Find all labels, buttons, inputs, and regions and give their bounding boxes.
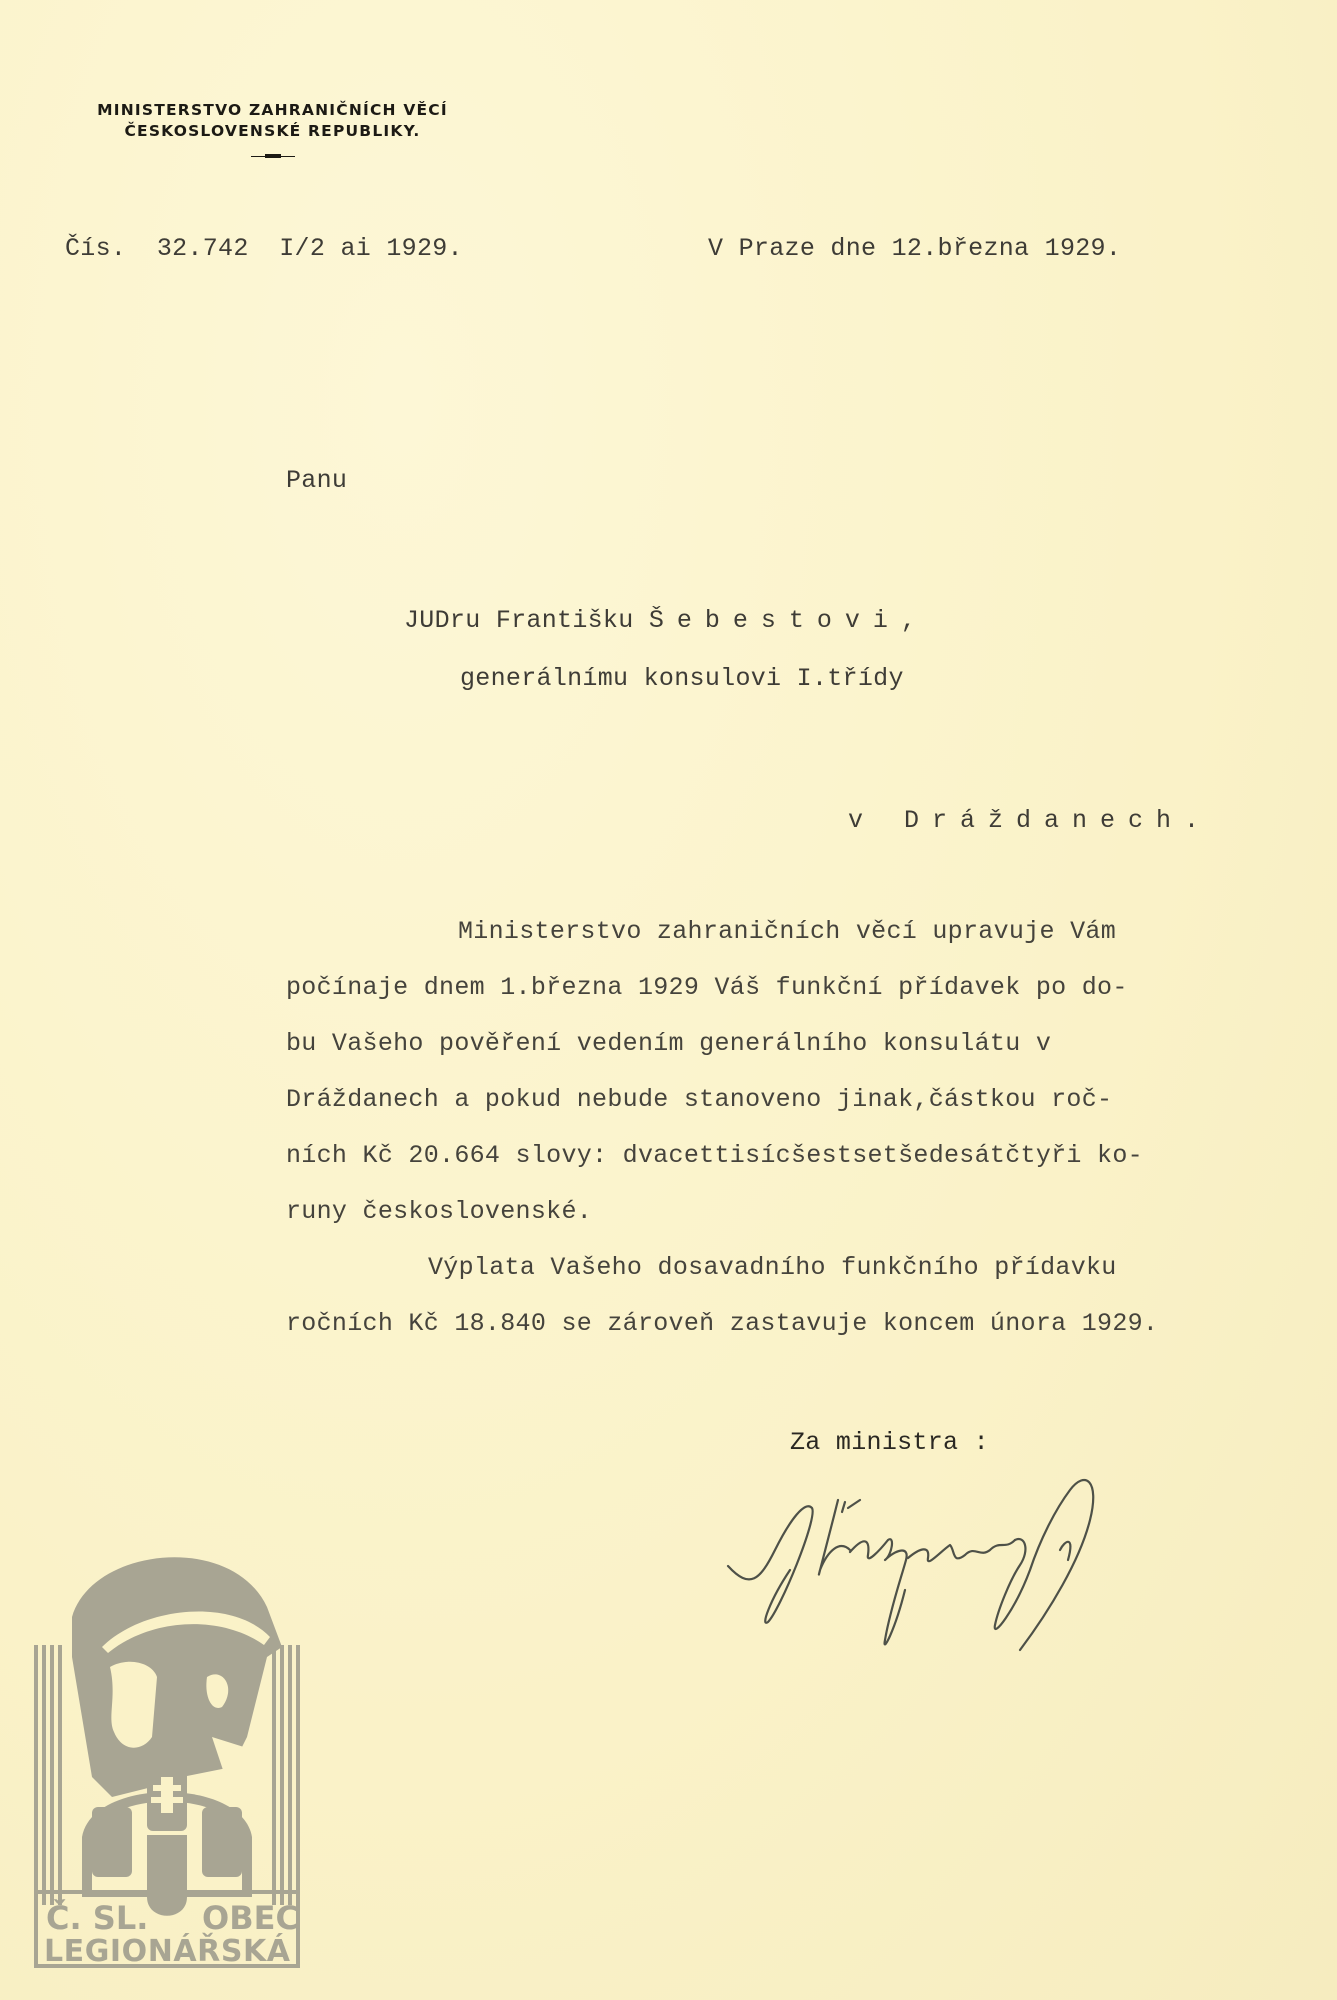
addressee-title: generálnímu konsulovi I.třídy xyxy=(460,664,904,693)
body-line: bu Vašeho pověření vedením generálního k… xyxy=(286,1016,1292,1072)
salutation: Panu xyxy=(286,466,347,495)
name-comma: , xyxy=(901,606,916,635)
body-line: runy československé. xyxy=(286,1184,1292,1240)
handwritten-signature-icon xyxy=(720,1440,1180,1680)
letterhead-line-1: MINISTERSTVO ZAHRANIČNÍCH VĚCÍ xyxy=(60,100,485,121)
name-surname: Šebestovi xyxy=(649,606,901,635)
reference-number: Čís. 32.742 I/2 ai 1929. xyxy=(65,234,463,263)
body-line: Dráždanech a pokud nebude stanoveno jina… xyxy=(286,1072,1292,1128)
body-line: ních Kč 20.664 slovy: dvacettisícšestset… xyxy=(286,1128,1292,1184)
letter-body: Ministerstvo zahraničních věcí upravuje … xyxy=(292,904,1292,1352)
addressee-location: v Dráždanech. xyxy=(848,806,1212,835)
letterhead-divider xyxy=(60,154,485,158)
stamp-text-left: Č. SL. xyxy=(46,1898,148,1937)
legionnaire-emblem-icon: Č. SL. OBEC LEGIONÁŘSKÁ xyxy=(32,1537,302,1969)
addressee-name: JUDru Františku Šebestovi, xyxy=(404,606,916,635)
body-line: ročních Kč 18.840 se zároveň zastavuje k… xyxy=(286,1296,1292,1352)
letterhead: MINISTERSTVO ZAHRANIČNÍCH VĚCÍ ČESKOSLOV… xyxy=(60,100,485,158)
letterhead-line-2: ČESKOSLOVENSKÉ REPUBLIKY. xyxy=(60,121,485,142)
place-date: V Praze dne 12.března 1929. xyxy=(708,234,1121,263)
stamp-text-bottom: LEGIONÁŘSKÁ xyxy=(44,1933,291,1969)
body-line: Výplata Vašeho dosavadního funkčního pří… xyxy=(262,1240,1292,1296)
body-line: Ministerstvo zahraničních věcí upravuje … xyxy=(292,904,1292,960)
name-prefix: JUDru Františku xyxy=(404,606,649,635)
body-line: počínaje dnem 1.března 1929 Váš funkční … xyxy=(286,960,1292,1016)
stamp-text-right: OBEC xyxy=(202,1899,299,1937)
